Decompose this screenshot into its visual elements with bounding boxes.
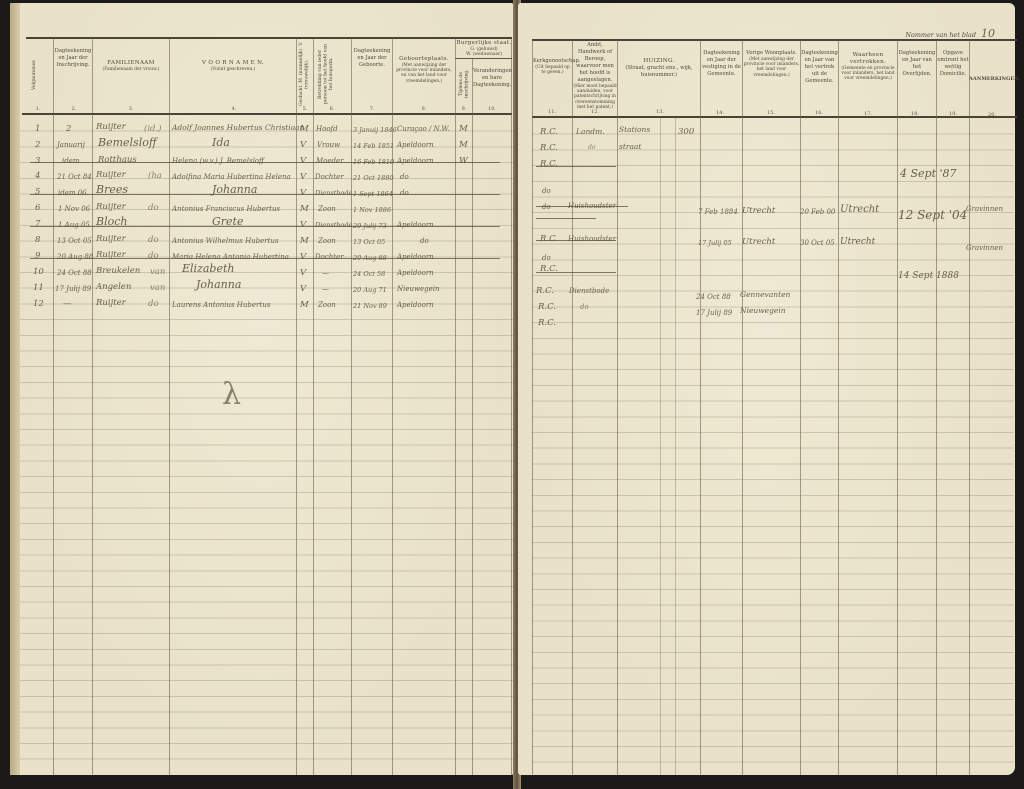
col-subtitle: (Met aanwijzing der provincie voor inlan… [743, 57, 800, 78]
col-header-huizing: HUIZING. (Straat, gracht enz., wijk, hui… [618, 58, 700, 79]
col-divider [742, 40, 743, 775]
entry-nr: 9 [35, 250, 40, 262]
col-header-geslacht: Geslacht. M. (mannelijk). V. (vrouwelijk… [299, 40, 310, 108]
entry-relation: Zoon [318, 203, 336, 215]
entry-surname: Ruijter [96, 121, 126, 133]
entry-surname: Ruijter [96, 297, 126, 309]
entry-civil: M [459, 123, 468, 135]
entry-nr: 10 [33, 266, 44, 278]
entry-relation: Vrouw [317, 139, 340, 151]
col-header-inschrijving: Dagteekening en Jaar der Inschrijving. [54, 48, 92, 69]
col-title: FAMILIENAAM [93, 60, 169, 67]
header-top-rule [26, 37, 512, 39]
entry-sex: M [300, 235, 309, 247]
entry-place: do [420, 235, 429, 247]
col-number: 15. [763, 110, 779, 116]
entry-occupation: Dienstbode [569, 285, 609, 297]
col-divider [700, 40, 701, 775]
entry-nr: 6 [35, 202, 40, 214]
entry-left: 30 Oct 05 [800, 237, 835, 249]
col-divider [897, 40, 898, 775]
entry-date: 20 Aug 88 [57, 251, 93, 263]
entry-birth: 20 Aug 71 [353, 284, 387, 296]
entry-occupation: Huishoudster [568, 233, 616, 245]
col-header-volgnummer: Volgnummer. [32, 55, 38, 95]
strike-through [30, 258, 500, 259]
col-header-overlijden: Dagteekening en Jaar van het Overlijden. [898, 50, 936, 78]
col-header-vestiging: Dagteekening en Jaar der vestiging in de… [701, 50, 742, 78]
entry-nr: 12 [33, 298, 44, 310]
col-number: 20. [984, 112, 1000, 118]
col-divider [800, 40, 801, 775]
entry-sex: V [300, 155, 306, 167]
entry-suffix: van [150, 282, 165, 294]
col-subdivider [675, 117, 676, 775]
entry-place: Apeldoorn [397, 155, 434, 167]
col-divider [169, 38, 170, 775]
col-number: 1. [30, 106, 46, 112]
col-title: Kerkgenootschap. [533, 58, 572, 65]
entry-sex: V [300, 283, 306, 295]
strike-through [536, 218, 596, 219]
pencil-mark: λ [222, 378, 241, 412]
entry-nr: 1 [35, 123, 40, 135]
col-number: 11. [544, 109, 560, 115]
col-divider [351, 38, 352, 775]
entry-given: Helena (w.v.) J. Bemelsloff [172, 155, 264, 167]
entry-remark: Gravinnen [966, 242, 1003, 254]
col-subtitle: (Met aanwijzing der provincie voor inlan… [393, 63, 455, 84]
entry-sex: V [300, 251, 306, 263]
col-number: 14. [712, 110, 728, 116]
entry-surname: Rotthaus [98, 154, 137, 166]
entry-given: Elizabeth [182, 263, 234, 275]
col-header-geboorte: Dagteekening en Jaar der Geboorte. [352, 48, 392, 69]
group-underline [455, 58, 512, 59]
entry-given: Laurens Antonius Hubertus [172, 299, 270, 311]
entry-date: 24 Oct 88 [57, 267, 92, 279]
entry-date: Januarij [57, 139, 85, 151]
entry-nr: 3 [35, 155, 40, 167]
entry-place: Apeldoorn [397, 251, 434, 263]
group-title: Burgerlijke staat. [456, 40, 512, 47]
entry-sex: M [300, 299, 309, 311]
entry-nr: 5 [35, 186, 40, 198]
entry-church: R.C. [536, 285, 554, 297]
entry-birth: 21 Nov 89 [353, 300, 387, 312]
col-title: Waarheen vertrokken. [839, 52, 897, 66]
entry-nr: 8 [35, 234, 40, 246]
entry-date: idem [62, 155, 80, 167]
strike-through [536, 166, 616, 167]
col-header-burgerlijke-staat: Burgerlijke staat. G. (gehuwd) W. (weduw… [456, 40, 512, 57]
strike-through [536, 206, 628, 207]
entry-church: R.C. [538, 301, 556, 313]
col-number: 17. [860, 111, 876, 117]
entry-date: 17 Julij 89 [55, 283, 91, 295]
entry-date: — [63, 298, 72, 310]
col-title: V O O R N A M E N. [170, 60, 296, 67]
entry-died: 4 Sept '87 [900, 168, 957, 180]
col-divider [296, 38, 297, 775]
entry-civil: W [459, 155, 468, 167]
entry-place: Apeldoorn [397, 139, 434, 151]
entry-arrived: 17 Julij 05 [698, 237, 732, 249]
col-title: HUIZING. [618, 58, 700, 65]
col-divider [53, 38, 54, 775]
entry-birth: 24 Oct 58 [353, 268, 385, 280]
entry-suffix: do [148, 298, 159, 310]
col-header-geboorteplaats: Geboorteplaats. (Met aanwijzing der prov… [393, 56, 455, 84]
col-subtitle: (Straat, gracht enz., wijk, huisnummer.) [618, 65, 700, 79]
entry-place: do [400, 171, 409, 183]
col-number: 18. [907, 111, 923, 117]
col-number: 6. [324, 106, 340, 112]
strike-through [536, 272, 616, 273]
entry-dest: Utrecht [840, 236, 875, 248]
col-number: 5. [298, 106, 312, 112]
entry-birth: 21 Oct 1880 [353, 172, 394, 184]
entry-relation: Dochter [315, 251, 344, 263]
entry-date: idem 06 [58, 187, 87, 199]
entry-relation: Zoon [318, 299, 336, 311]
page-edge [10, 3, 20, 775]
entry-given: Adolfina Maria Hubertina Helena [172, 171, 291, 183]
entry-sex: V [300, 171, 306, 183]
entry-church: R.C. [538, 317, 556, 329]
col-header-familienaam: FAMILIENAAM (Familienaam der vrouw.) [93, 60, 169, 72]
entry-suffix: do [148, 250, 159, 262]
entry-arrived: 7 Feb 1884 [698, 206, 738, 218]
entry-surname: Ruijter [96, 249, 126, 261]
entry-died: 14 Sept 1888 [898, 270, 959, 282]
col-divider [936, 40, 937, 775]
entry-suffix: (ha [148, 170, 162, 182]
entry-sex: V [300, 267, 306, 279]
col-subtitle: (Voluit geschreven.) [170, 67, 296, 72]
entry-prev: Utrecht [742, 236, 775, 248]
entry-church: do [542, 185, 551, 197]
entry-church: R.C. [540, 158, 558, 170]
col-header-veranderingen: Veranderingen en hare Dagteekening. [473, 68, 511, 89]
entry-date: 21 Oct 84 [57, 171, 92, 183]
entry-place: do [400, 187, 409, 199]
entry-street: Stations [619, 124, 650, 136]
entry-nr: 2 [35, 139, 40, 151]
col-divider [92, 38, 93, 775]
entry-place: Apeldoorn [397, 267, 434, 279]
strike-through [30, 226, 500, 227]
entry-sex: V [300, 219, 306, 231]
entry-suffix: van [150, 266, 165, 278]
entry-given: Antonius Franciscus Hubertus [172, 203, 280, 215]
entry-occupation: do [588, 142, 595, 154]
header-top-rule [532, 39, 1017, 41]
entry-street: straat [619, 141, 641, 153]
entry-given: Johanna [196, 279, 241, 291]
entry-sex: M [300, 123, 309, 135]
entry-prev: Nieuwegein [740, 305, 786, 317]
entry-given: Ida [212, 137, 230, 149]
col-number: 9. [457, 106, 471, 112]
entry-birth: 14 Feb 1851 [353, 140, 394, 152]
entry-nr: 11 [33, 282, 44, 294]
entry-surname: Bemelsloff [98, 137, 157, 149]
entry-birth: 13 Oct 05 [353, 236, 385, 248]
entry-relation: — [322, 267, 329, 279]
entry-house: 300 [678, 126, 694, 138]
strike-through [30, 194, 500, 195]
col-divider [532, 40, 533, 775]
col-number: 12. [587, 109, 603, 115]
entry-given: Adolf Joannes Hubertus Christiaan [172, 122, 304, 134]
entry-place: Curaçao / N.W. [397, 123, 450, 135]
entry-relation: Dienstbode [315, 219, 352, 231]
entry-church: do [542, 201, 551, 213]
entry-relation: Zoon [318, 235, 336, 247]
entry-relation: Hoofd [316, 123, 338, 135]
col-header-aanmerkingen: AANMERKINGEN. [969, 76, 1019, 83]
col-subtitle: (Uit bepaald op te geven.) [533, 65, 572, 75]
col-title: Geboorteplaats. [393, 56, 455, 63]
col-number: 2. [66, 106, 82, 112]
entry-relation: Dienstbode [315, 187, 352, 199]
col-title: Ambt, Handwerk of Beroep, waarvoor men h… [573, 42, 617, 84]
entry-church: R.C. [540, 233, 558, 245]
strike-through [536, 240, 616, 241]
col-header-kerkgenootschap: Kerkgenootschap. (Uit bepaald op te geve… [533, 58, 572, 75]
entry-surname: Ruijter [96, 233, 126, 245]
col-header-voornamen: V O O R N A M E N. (Voluit geschreven.) [170, 60, 296, 72]
strike-through [30, 162, 500, 163]
col-header-domicilie: Opgave omtrent het wettig Domicilie. [937, 50, 969, 78]
entry-place: Nieuwegein [397, 283, 440, 295]
sheet-label: Nommer van het blad [905, 31, 976, 39]
entry-dest: Utrecht [840, 204, 879, 216]
entry-date: 2 [66, 123, 71, 135]
col-number: 10. [484, 106, 500, 112]
col-subdivider [660, 117, 661, 775]
col-header-waarheen: Waarheen vertrokken. (Gemeente en provin… [839, 52, 897, 82]
entry-arrived: 17 Julij 89 [696, 307, 732, 319]
entry-suffix: do [148, 234, 159, 246]
col-number: 16. [811, 110, 827, 116]
col-header-beroep: Ambt, Handwerk of Beroep, waarvoor men h… [573, 42, 617, 110]
entry-suffix: do [148, 202, 159, 214]
entry-birth: 3 Januij 1846 [353, 124, 397, 136]
col-divider [572, 40, 573, 775]
entry-died: 12 Sept '04 [898, 209, 967, 221]
entry-church: R.C. [540, 142, 558, 154]
entry-relation: Moeder [316, 155, 344, 167]
col-subtitle: (Familienaam der vrouw.) [93, 67, 169, 72]
entry-surname: Breukelen [96, 265, 140, 277]
col-header-vertrek: Dagteekening en Jaar van het vertrek uit… [801, 50, 838, 85]
entry-church: R.C. [540, 263, 558, 275]
entry-date: 1 Nov 06 [58, 203, 90, 215]
entry-sex: M [300, 203, 309, 215]
col-subtitle: (Hier moet bepaald aanduiden, voor paten… [573, 84, 617, 110]
entry-suffix: (id.) [144, 123, 162, 135]
entry-relation: Dochter [315, 171, 344, 183]
col-divider [969, 40, 970, 775]
col-divider [313, 38, 314, 775]
entry-given: Antonius Wilhelmus Hubertus [172, 235, 279, 247]
entry-prev: Utrecht [742, 205, 775, 217]
entry-relation: — [322, 283, 329, 295]
col-number: 7. [364, 106, 380, 112]
col-divider [838, 40, 839, 775]
entry-sex: V [300, 187, 306, 199]
entry-date: 13 Oct 05 [57, 235, 92, 247]
col-number: 8. [416, 106, 432, 112]
entry-place: Apeldoorn [397, 219, 434, 231]
entry-occupation: Landm. [576, 126, 605, 138]
col-divider [617, 40, 618, 775]
entry-arrived: 24 Oct 88 [696, 291, 731, 303]
entry-remark: Gravinnen [966, 203, 1003, 215]
col-header-tijdens: Tijdens de inschrijving. [459, 62, 470, 106]
entry-birth: 1 Nov 1886 [353, 204, 391, 216]
col-header-betrekking: Betrekking van ieder persoon tot het hoo… [318, 40, 335, 108]
entry-nr: 7 [35, 218, 40, 230]
col-title: Vorige Woonplaats. [743, 50, 800, 57]
col-subtitle: (Gemeente en provincie voor inlanders, h… [839, 66, 897, 82]
col-number: 19. [945, 111, 961, 117]
entry-sex: V [300, 139, 306, 151]
entry-prev: Gennevanten [740, 289, 790, 301]
legend-item: W. (weduwnaar) [456, 52, 512, 57]
col-header-vorige-woonplaats: Vorige Woonplaats. (Met aanwijzing der p… [743, 50, 800, 78]
entry-left: 20 Feb 00 [800, 206, 835, 218]
entry-date: 1 Aug 05 [58, 219, 90, 231]
entry-surname: Ruijter [96, 201, 126, 213]
col-number: 4. [226, 106, 242, 112]
entry-church: R.C. [540, 126, 558, 138]
col-number: 3. [123, 106, 139, 112]
entry-surname: Angelen [96, 281, 131, 293]
col-divider [472, 58, 473, 775]
entry-place: Apeldoorn [397, 299, 434, 311]
col-number: 13. [652, 109, 668, 115]
entry-civil: M [459, 139, 468, 151]
col-divider [511, 38, 512, 775]
entry-occupation: do [580, 301, 589, 313]
entry-nr: 4 [35, 170, 40, 182]
entry-surname: Ruijter [96, 169, 126, 181]
header-bottom-rule [22, 113, 512, 115]
col-divider [455, 38, 456, 775]
